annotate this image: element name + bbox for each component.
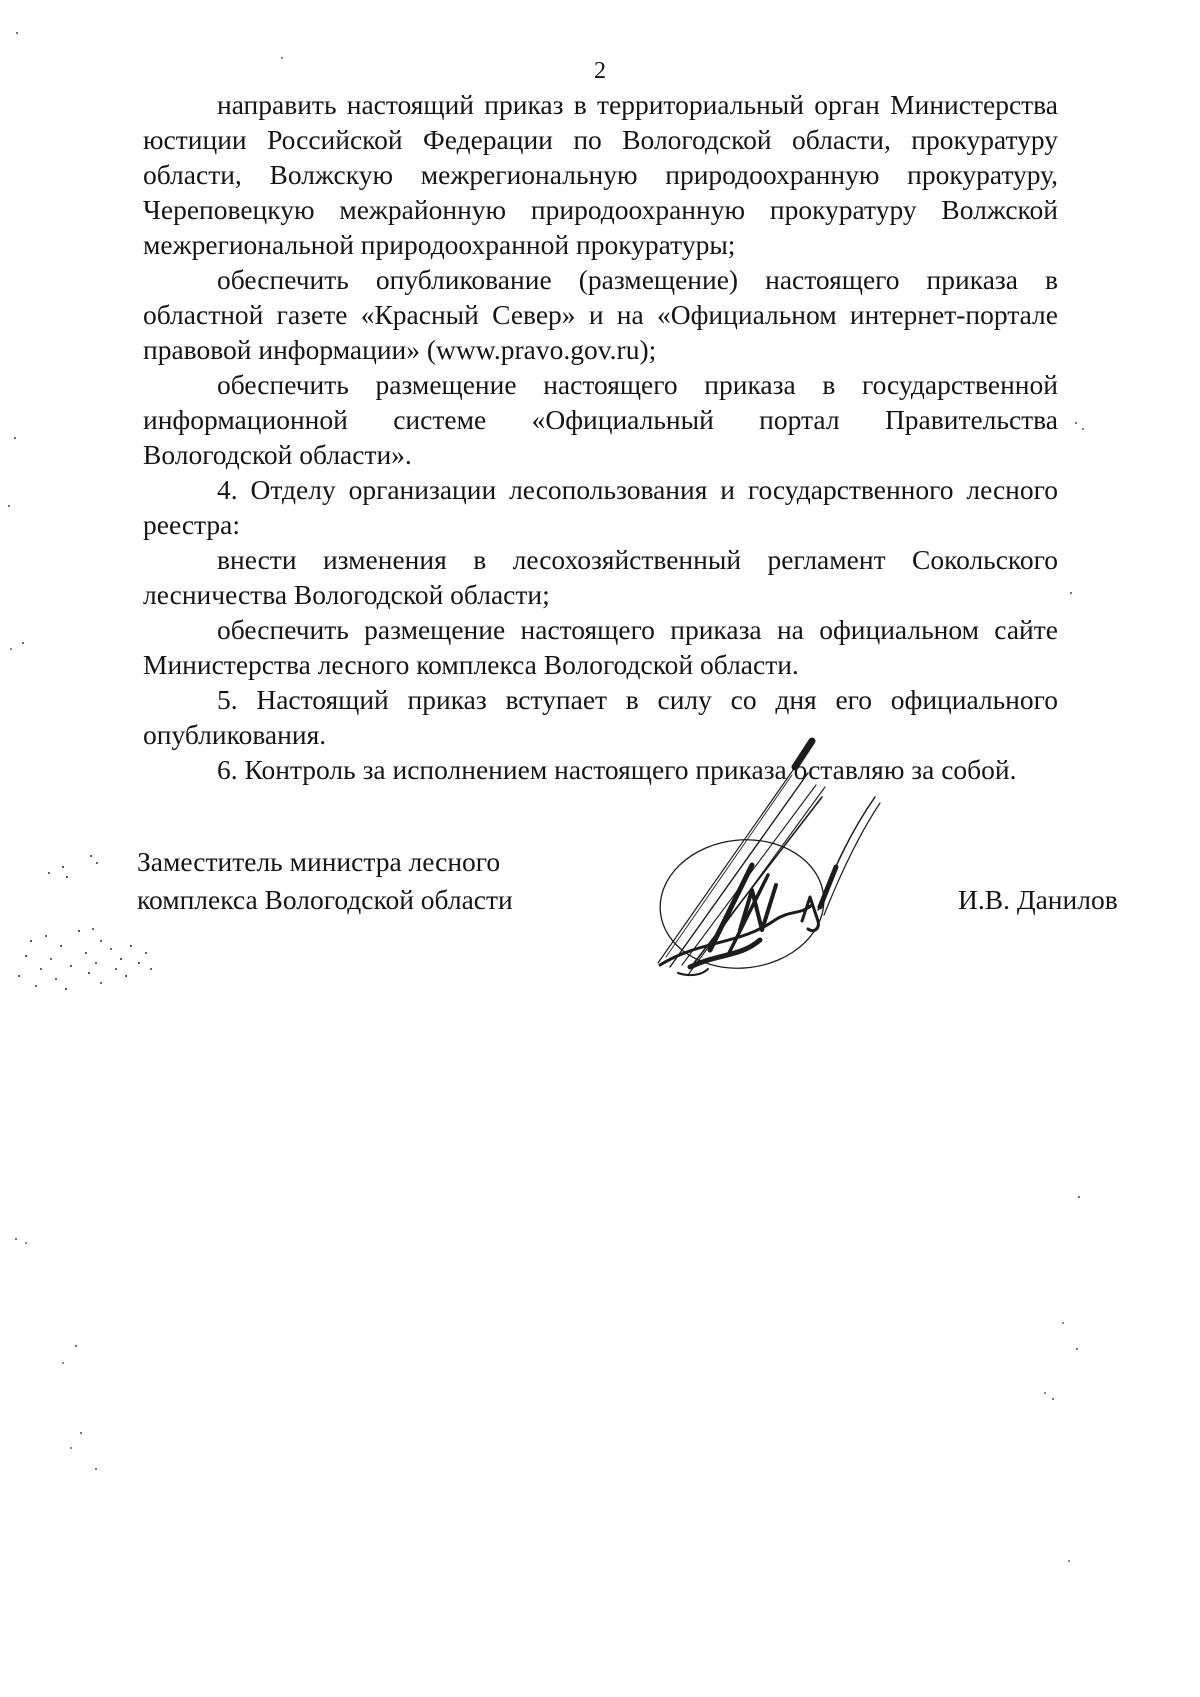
signatory-name: И.В. Данилов — [958, 884, 1118, 916]
paragraph-publish-portal: обеспечить размещение настоящего приказа… — [143, 367, 1058, 472]
paragraph-item-4: 4. Отделу организации лесопользования и … — [143, 472, 1058, 542]
page-number: 2 — [142, 58, 1058, 85]
paragraph-publish-newspaper: обеспечить опубликование (размещение) на… — [143, 262, 1058, 367]
document-body: направить настоящий приказ в территориал… — [143, 87, 1058, 787]
scanner-noise-dots — [0, 0, 2, 2]
signatory-title: Заместитель министра лесного комплекса В… — [137, 843, 537, 919]
paragraph-publish-site: обеспечить размещение настоящего приказа… — [143, 612, 1058, 682]
paragraph-amend-reglament: внести изменения в лесохозяйственный рег… — [143, 542, 1058, 612]
paragraph-send-order: направить настоящий приказ в территориал… — [143, 87, 1058, 262]
scanned-document-page: 2 направить настоящий приказ в территори… — [0, 0, 1200, 1697]
signature-scribble — [590, 725, 920, 980]
